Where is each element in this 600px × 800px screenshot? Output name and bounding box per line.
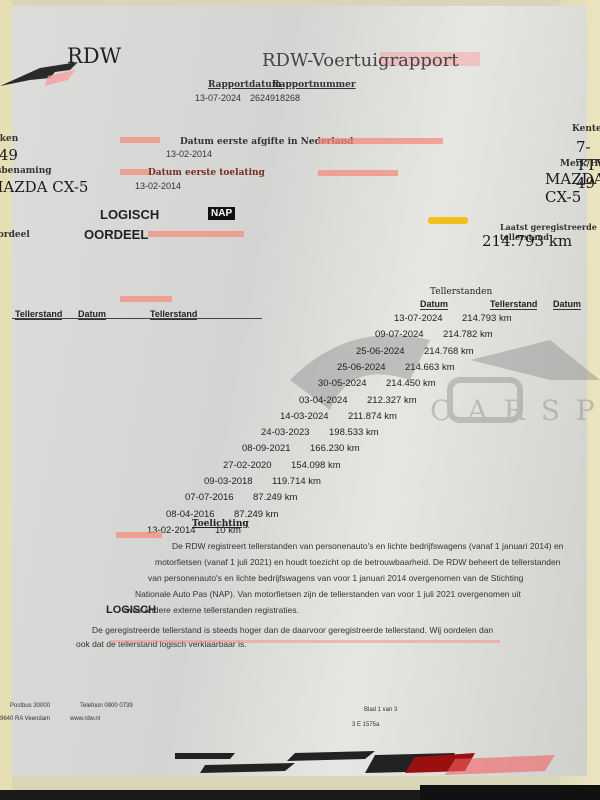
report-title: RDW-Voertuigrapport: [262, 50, 459, 71]
row-reading: 214.782 km: [443, 329, 493, 340]
row-date: 24-03-2023: [261, 427, 329, 438]
row-date: 25-06-2024: [337, 362, 405, 373]
svg-text:CARSPAT: CARSPAT: [430, 394, 600, 427]
last-odometer-value: 214.793 km: [482, 232, 572, 250]
row-date: 08-04-2016: [166, 509, 234, 520]
explanation-line: Nationale Auto Pas (NAP). Van motorfiets…: [135, 586, 521, 602]
report-date-label: Rapportdatum: [208, 80, 281, 90]
model-value: MAZDA CX-5: [0, 178, 88, 196]
table-row: 24-03-2023198.533 km: [261, 427, 379, 438]
yellow-highlight: [428, 217, 468, 224]
row-date: 13-07-2024: [394, 313, 462, 324]
row-date: 09-03-2018: [204, 476, 272, 487]
logisch-line: ook dat de tellerstand logisch verklaarb…: [76, 636, 247, 652]
report-number-label: Rapportnummer: [272, 80, 356, 90]
background-bottom: [0, 790, 420, 800]
row-reading: 214.793 km: [462, 313, 512, 324]
first-admission-label: Datum eerste toelating: [148, 168, 265, 178]
col-header: Datum: [553, 299, 581, 310]
red-marker: [120, 137, 160, 143]
row-date: 14-03-2024: [280, 411, 348, 422]
col-header: Datum: [420, 299, 448, 310]
red-marker: [318, 138, 443, 144]
page-number: Blad 1 van 3: [364, 707, 397, 713]
footer-website[interactable]: www.rdw.nl: [70, 716, 100, 722]
row-date: 27-02-2020: [223, 460, 291, 471]
table-row: 27-02-2020154.098 km: [223, 460, 341, 471]
table-row: 25-06-2024214.768 km: [356, 346, 474, 357]
plate-label: Kenteken: [0, 134, 18, 144]
footer-address1: Postbus 30000: [10, 703, 50, 709]
explanation-line: De RDW registreert tellerstanden van per…: [172, 538, 563, 554]
row-reading: 87.249 km: [234, 509, 278, 520]
table-row: 13-07-2024214.793 km: [394, 313, 512, 324]
explanation-title: Toelichting: [192, 519, 249, 529]
row-date: 07-07-2016: [185, 492, 253, 503]
row-date: 03-04-2024: [299, 395, 367, 406]
row-date: 25-06-2024: [356, 346, 424, 357]
first-nl-value: 13-02-2014: [166, 149, 212, 159]
red-marker: [318, 170, 398, 176]
footer-phone: Telefoon 0900 0739: [80, 703, 133, 709]
explanation-line: motorfietsen (vanaf 1 juli 2021) en houd…: [155, 554, 560, 570]
red-marker: [120, 169, 150, 175]
row-date: 08-09-2021: [242, 443, 310, 454]
verdict-label: Oordeel: [0, 230, 30, 240]
rdw-logo-text: RDW: [67, 44, 121, 68]
nap-badge: NAP: [208, 207, 235, 220]
table-row: 07-07-201687.249 km: [185, 492, 297, 503]
odometer-title: Tellerstanden: [430, 287, 492, 297]
table-row: 08-04-201687.249 km: [166, 509, 278, 520]
red-marker: [116, 532, 162, 538]
red-marker: [120, 296, 172, 302]
row-reading: 214.768 km: [424, 346, 474, 357]
model-label: Handelsbenaming: [0, 166, 52, 176]
speed-stripes-logo-icon: [175, 745, 555, 780]
document-code: 3 E 1575a: [352, 722, 379, 728]
background-edge-left: [0, 0, 12, 800]
row-reading: 119.714 km: [272, 476, 321, 487]
row-reading: 166.230 km: [310, 443, 360, 454]
red-marker: [148, 231, 244, 237]
row-reading: 212.327 km: [367, 395, 417, 406]
report-date: 13-07-2024: [195, 93, 241, 103]
footer-address2: 9640 RA Veendam: [0, 716, 50, 722]
plate-value: 7-TTV-49: [0, 146, 18, 164]
row-reading: 154.098 km: [291, 460, 341, 471]
report-number: 2624918268: [250, 93, 300, 103]
row-date: 30-05-2024: [318, 378, 386, 389]
header-rule: [12, 318, 262, 319]
table-row: 03-04-2024212.327 km: [299, 395, 417, 406]
table-row: 08-09-2021166.230 km: [242, 443, 360, 454]
verdict-value: LOGISCH: [100, 207, 159, 222]
brand-label: Merk/Handelsbenaming: [560, 159, 600, 169]
table-row: 09-07-2024214.782 km: [375, 329, 493, 340]
row-reading: 87.249 km: [253, 492, 297, 503]
row-date: 09-07-2024: [375, 329, 443, 340]
background-bottom-right: [420, 785, 600, 800]
table-row: 14-03-2024211.874 km: [280, 411, 397, 422]
verdict-title: OORDEEL: [84, 227, 148, 242]
row-reading: 211.874 km: [348, 411, 397, 422]
brand-value: MAZDA CX-5: [545, 170, 600, 206]
row-reading: 214.450 km: [386, 378, 436, 389]
col-header: Tellerstand: [490, 299, 537, 310]
row-reading: 214.663 km: [405, 362, 455, 373]
table-row: 09-03-2018119.714 km: [204, 476, 321, 487]
table-row: 25-06-2024214.663 km: [337, 362, 455, 373]
first-admission-value: 13-02-2014: [135, 181, 181, 191]
explanation-line: van personenauto's en lichte bedrijfswag…: [148, 570, 523, 586]
logisch-title: LOGISCH: [106, 604, 156, 616]
red-marker: [110, 640, 500, 643]
row-reading: 198.533 km: [329, 427, 379, 438]
table-row: 30-05-2024214.450 km: [318, 378, 436, 389]
plate-label-right: Kenteken: [572, 124, 600, 134]
